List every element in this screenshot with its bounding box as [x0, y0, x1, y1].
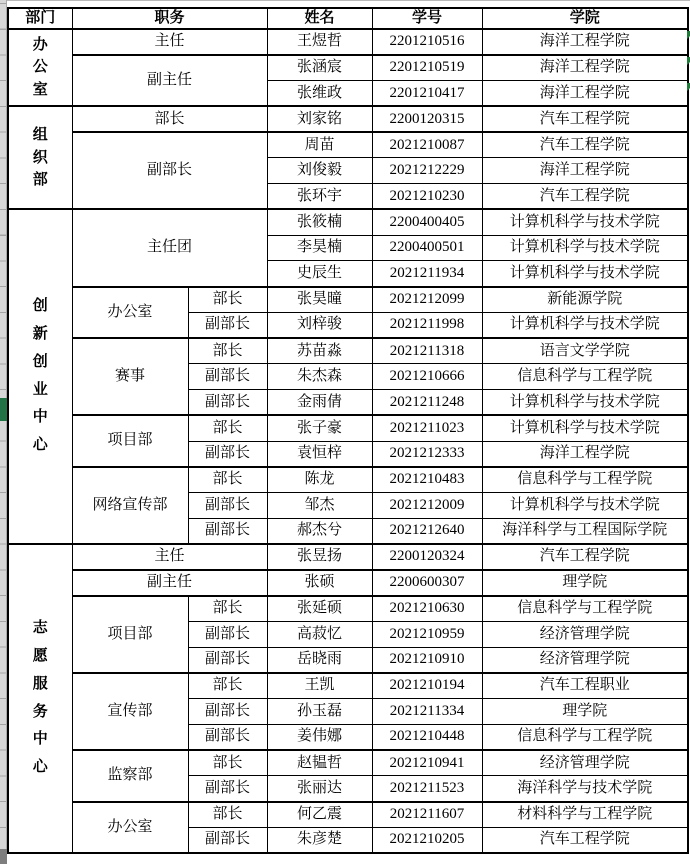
- student-id-cell[interactable]: 2021210666: [372, 364, 482, 390]
- name-cell[interactable]: 姜伟娜: [267, 724, 372, 750]
- college-cell[interactable]: 汽车工程学院: [482, 184, 688, 210]
- name-cell[interactable]: 高菽忆: [267, 621, 372, 647]
- role-cell[interactable]: 主任团: [72, 209, 267, 286]
- student-id-cell[interactable]: 2021211998: [372, 312, 482, 338]
- student-id-cell[interactable]: 2021212640: [372, 518, 482, 544]
- college-cell[interactable]: 计算机科学与技术学院: [482, 415, 688, 441]
- name-cell[interactable]: 张硕: [267, 570, 372, 596]
- student-id-cell[interactable]: 2200400501: [372, 235, 482, 261]
- name-cell[interactable]: 史辰生: [267, 261, 372, 287]
- college-cell[interactable]: 计算机科学与技术学院: [482, 493, 688, 519]
- student-id-cell[interactable]: 2200600307: [372, 570, 482, 596]
- college-cell[interactable]: 信息科学与工程学院: [482, 724, 688, 750]
- name-cell[interactable]: 周苗: [267, 132, 372, 158]
- name-cell[interactable]: 金雨倩: [267, 390, 372, 416]
- table-row: 创新创业中心 主任团 张筱楠 2200400405 计算机科学与技术学院: [8, 209, 688, 235]
- table-row: 宣传部 部长 王凯 2021210194 汽车工程职业: [8, 673, 688, 699]
- student-id-cell[interactable]: 2021210087: [372, 132, 482, 158]
- college-cell[interactable]: 海洋工程学院: [482, 29, 688, 55]
- table-row: 副主任 张硕 2200600307 理学院: [8, 570, 688, 596]
- sheet-top-gridline: [0, 0, 690, 1]
- table-row: 办公室 部长 何乙震 2021211607 材料科学与工程学院: [8, 802, 688, 828]
- student-id-cell[interactable]: 2201210519: [372, 55, 482, 81]
- header-row: 部门 职务 姓名 学号 学院: [8, 8, 688, 29]
- student-id-cell[interactable]: 2021211934: [372, 261, 482, 287]
- adjacent-green-cell: [0, 398, 7, 421]
- table-row: 项目部 部长 张延硕 2021210630 信息科学与工程学院: [8, 596, 688, 622]
- sub-department-cell[interactable]: 赛事: [72, 338, 188, 415]
- sub-department-cell[interactable]: 网络宣传部: [72, 467, 188, 544]
- role-cell[interactable]: 副部长: [72, 132, 267, 209]
- adjacent-column-strip: [0, 0, 7, 864]
- name-cell[interactable]: 张环宇: [267, 184, 372, 210]
- role-cell[interactable]: 副部长: [188, 441, 267, 467]
- college-cell[interactable]: 汽车工程学院: [482, 827, 688, 853]
- sub-department-cell[interactable]: 项目部: [72, 596, 188, 673]
- name-cell[interactable]: 张昱扬: [267, 544, 372, 570]
- student-id-cell[interactable]: 2021211607: [372, 802, 482, 828]
- college-cell[interactable]: 信息科学与工程学院: [482, 364, 688, 390]
- college-cell[interactable]: 计算机科学与技术学院: [482, 235, 688, 261]
- role-cell[interactable]: 副部长: [188, 724, 267, 750]
- name-cell[interactable]: 张涵宸: [267, 55, 372, 81]
- college-cell[interactable]: 信息科学与工程学院: [482, 467, 688, 493]
- name-cell[interactable]: 张维政: [267, 81, 372, 107]
- name-cell[interactable]: 赵韫哲: [267, 750, 372, 776]
- sub-department-cell[interactable]: 项目部: [72, 415, 188, 467]
- role-cell[interactable]: 副部长: [188, 827, 267, 853]
- name-cell[interactable]: 何乙震: [267, 802, 372, 828]
- department-label: 办公室: [33, 34, 48, 102]
- college-cell[interactable]: 汽车工程职业: [482, 673, 688, 699]
- sub-department-cell[interactable]: 办公室: [72, 287, 188, 339]
- name-cell[interactable]: 李昊楠: [267, 235, 372, 261]
- role-cell[interactable]: 部长: [188, 802, 267, 828]
- org-structure-table: 部门 职务 姓名 学号 学院 办公室 主任 王煜哲 2201210516 海洋工…: [7, 7, 689, 854]
- student-id-cell[interactable]: 2021210483: [372, 467, 482, 493]
- table-row: 项目部 部长 张子豪 2021211023 计算机科学与技术学院: [8, 415, 688, 441]
- table-row: 办公室 部长 张昊曈 2021212099 新能源学院: [8, 287, 688, 313]
- role-cell[interactable]: 副部长: [188, 493, 267, 519]
- role-cell[interactable]: 部长: [188, 415, 267, 441]
- student-id-cell[interactable]: 2021210941: [372, 750, 482, 776]
- table-row: 网络宣传部 部长 陈龙 2021210483 信息科学与工程学院: [8, 467, 688, 493]
- table-row: 志愿服务中心 主任 张昱扬 2200120324 汽车工程学院: [8, 544, 688, 570]
- role-cell[interactable]: 部长: [188, 467, 267, 493]
- sub-department-cell[interactable]: 宣传部: [72, 673, 188, 750]
- role-cell[interactable]: 副部长: [188, 364, 267, 390]
- role-cell[interactable]: 部长: [72, 106, 267, 132]
- table-row: 副部长 周苗 2021210087 汽车工程学院: [8, 132, 688, 158]
- name-cell[interactable]: 朱彦楚: [267, 827, 372, 853]
- college-cell[interactable]: 理学院: [482, 699, 688, 725]
- header-cell-name[interactable]: 姓名: [267, 8, 372, 29]
- role-cell[interactable]: 副部长: [188, 621, 267, 647]
- role-cell[interactable]: 副部长: [188, 647, 267, 673]
- student-id-cell[interactable]: 2201210516: [372, 29, 482, 55]
- name-cell[interactable]: 刘梓骏: [267, 312, 372, 338]
- name-cell[interactable]: 张延硕: [267, 596, 372, 622]
- sub-department-cell[interactable]: 监察部: [72, 750, 188, 802]
- role-cell[interactable]: 副部长: [188, 699, 267, 725]
- table-row: 副主任 张涵宸 2201210519 海洋工程学院: [8, 55, 688, 81]
- college-cell[interactable]: 计算机科学与技术学院: [482, 312, 688, 338]
- role-cell[interactable]: 副部长: [188, 390, 267, 416]
- student-id-cell[interactable]: 2021210630: [372, 596, 482, 622]
- name-cell[interactable]: 岳晓雨: [267, 647, 372, 673]
- department-label: 组织部: [33, 124, 48, 192]
- spreadsheet-region: 部门 职务 姓名 学号 学院 办公室 主任 王煜哲 2201210516 海洋工…: [0, 0, 690, 864]
- name-cell[interactable]: 王煜哲: [267, 29, 372, 55]
- table-row: 监察部 部长 赵韫哲 2021210941 经济管理学院: [8, 750, 688, 776]
- role-cell[interactable]: 主任: [72, 544, 267, 570]
- student-id-cell[interactable]: 2200400405: [372, 209, 482, 235]
- table-row: 办公室 主任 王煜哲 2201210516 海洋工程学院: [8, 29, 688, 55]
- table-row: 组织部 部长 刘家铭 2200120315 汽车工程学院: [8, 106, 688, 132]
- college-cell[interactable]: 语言文学学院: [482, 338, 688, 364]
- student-id-cell[interactable]: 2021212333: [372, 441, 482, 467]
- name-cell[interactable]: 张昊曈: [267, 287, 372, 313]
- student-id-cell[interactable]: 2021210194: [372, 673, 482, 699]
- role-cell[interactable]: 副主任: [72, 570, 267, 596]
- name-cell[interactable]: 刘家铭: [267, 106, 372, 132]
- student-id-cell[interactable]: 2021210910: [372, 647, 482, 673]
- college-cell[interactable]: 新能源学院: [482, 287, 688, 313]
- name-cell[interactable]: 张丽达: [267, 776, 372, 802]
- college-cell[interactable]: 海洋工程学院: [482, 158, 688, 184]
- college-cell[interactable]: 信息科学与工程学院: [482, 596, 688, 622]
- role-cell[interactable]: 副主任: [72, 55, 267, 107]
- role-cell[interactable]: 部长: [188, 750, 267, 776]
- name-cell[interactable]: 刘俊毅: [267, 158, 372, 184]
- name-cell[interactable]: 张筱楠: [267, 209, 372, 235]
- college-cell[interactable]: 计算机科学与技术学院: [482, 261, 688, 287]
- student-id-cell[interactable]: 2200120315: [372, 106, 482, 132]
- name-cell[interactable]: 张子豪: [267, 415, 372, 441]
- college-cell[interactable]: 海洋科学与工程国际学院: [482, 518, 688, 544]
- college-cell[interactable]: 汽车工程学院: [482, 106, 688, 132]
- name-cell[interactable]: 邹杰: [267, 493, 372, 519]
- name-cell[interactable]: 苏苗淼: [267, 338, 372, 364]
- student-id-cell[interactable]: 2200120324: [372, 544, 482, 570]
- header-cell-student-id[interactable]: 学号: [372, 8, 482, 29]
- name-cell[interactable]: 王凯: [267, 673, 372, 699]
- role-cell[interactable]: 部长: [188, 596, 267, 622]
- department-cell[interactable]: 创新创业中心: [8, 209, 72, 544]
- student-id-cell[interactable]: 2021210230: [372, 184, 482, 210]
- department-cell[interactable]: 办公室: [8, 29, 72, 106]
- name-cell[interactable]: 袁恒梓: [267, 441, 372, 467]
- name-cell[interactable]: 孙玉磊: [267, 699, 372, 725]
- college-cell[interactable]: 汽车工程学院: [482, 544, 688, 570]
- header-cell-position[interactable]: 职务: [72, 8, 267, 29]
- role-cell[interactable]: 部长: [188, 338, 267, 364]
- student-id-cell[interactable]: 2021211248: [372, 390, 482, 416]
- college-cell[interactable]: 经济管理学院: [482, 647, 688, 673]
- college-cell[interactable]: 海洋科学与技术学院: [482, 776, 688, 802]
- role-cell[interactable]: 副部长: [188, 312, 267, 338]
- role-cell[interactable]: 副部长: [188, 776, 267, 802]
- header-cell-college[interactable]: 学院: [482, 8, 688, 29]
- college-cell[interactable]: 海洋工程学院: [482, 441, 688, 467]
- student-id-cell[interactable]: 2021211334: [372, 699, 482, 725]
- college-cell[interactable]: 经济管理学院: [482, 621, 688, 647]
- student-id-cell[interactable]: 2021210959: [372, 621, 482, 647]
- department-label: 志愿服务中心: [33, 615, 48, 782]
- table-row: 赛事 部长 苏苗淼 2021211318 语言文学学院: [8, 338, 688, 364]
- role-cell[interactable]: 部长: [188, 673, 267, 699]
- department-cell[interactable]: 组织部: [8, 106, 72, 209]
- student-id-cell[interactable]: 2021211023: [372, 415, 482, 441]
- adjacent-dark-cell: [0, 849, 7, 864]
- student-id-cell[interactable]: 2021211318: [372, 338, 482, 364]
- sub-department-cell[interactable]: 办公室: [72, 802, 188, 854]
- name-cell[interactable]: 陈龙: [267, 467, 372, 493]
- student-id-cell[interactable]: 2021211523: [372, 776, 482, 802]
- student-id-cell[interactable]: 2021210205: [372, 827, 482, 853]
- student-id-cell[interactable]: 2021210448: [372, 724, 482, 750]
- name-cell[interactable]: 朱杰森: [267, 364, 372, 390]
- college-cell[interactable]: 计算机科学与技术学院: [482, 390, 688, 416]
- role-cell[interactable]: 主任: [72, 29, 267, 55]
- college-cell[interactable]: 汽车工程学院: [482, 132, 688, 158]
- student-id-cell[interactable]: 2201210417: [372, 81, 482, 107]
- college-cell[interactable]: 计算机科学与技术学院: [482, 209, 688, 235]
- student-id-cell[interactable]: 2021212009: [372, 493, 482, 519]
- college-cell[interactable]: 经济管理学院: [482, 750, 688, 776]
- department-label: 创新创业中心: [33, 293, 48, 460]
- college-cell[interactable]: 海洋工程学院: [482, 55, 688, 81]
- department-cell[interactable]: 志愿服务中心: [8, 544, 72, 853]
- college-cell[interactable]: 理学院: [482, 570, 688, 596]
- college-cell[interactable]: 海洋工程学院: [482, 81, 688, 107]
- header-cell-department[interactable]: 部门: [8, 8, 72, 29]
- role-cell[interactable]: 部长: [188, 287, 267, 313]
- college-cell[interactable]: 材料科学与工程学院: [482, 802, 688, 828]
- name-cell[interactable]: 郝杰兮: [267, 518, 372, 544]
- role-cell[interactable]: 副部长: [188, 518, 267, 544]
- student-id-cell[interactable]: 2021212099: [372, 287, 482, 313]
- student-id-cell[interactable]: 2021212229: [372, 158, 482, 184]
